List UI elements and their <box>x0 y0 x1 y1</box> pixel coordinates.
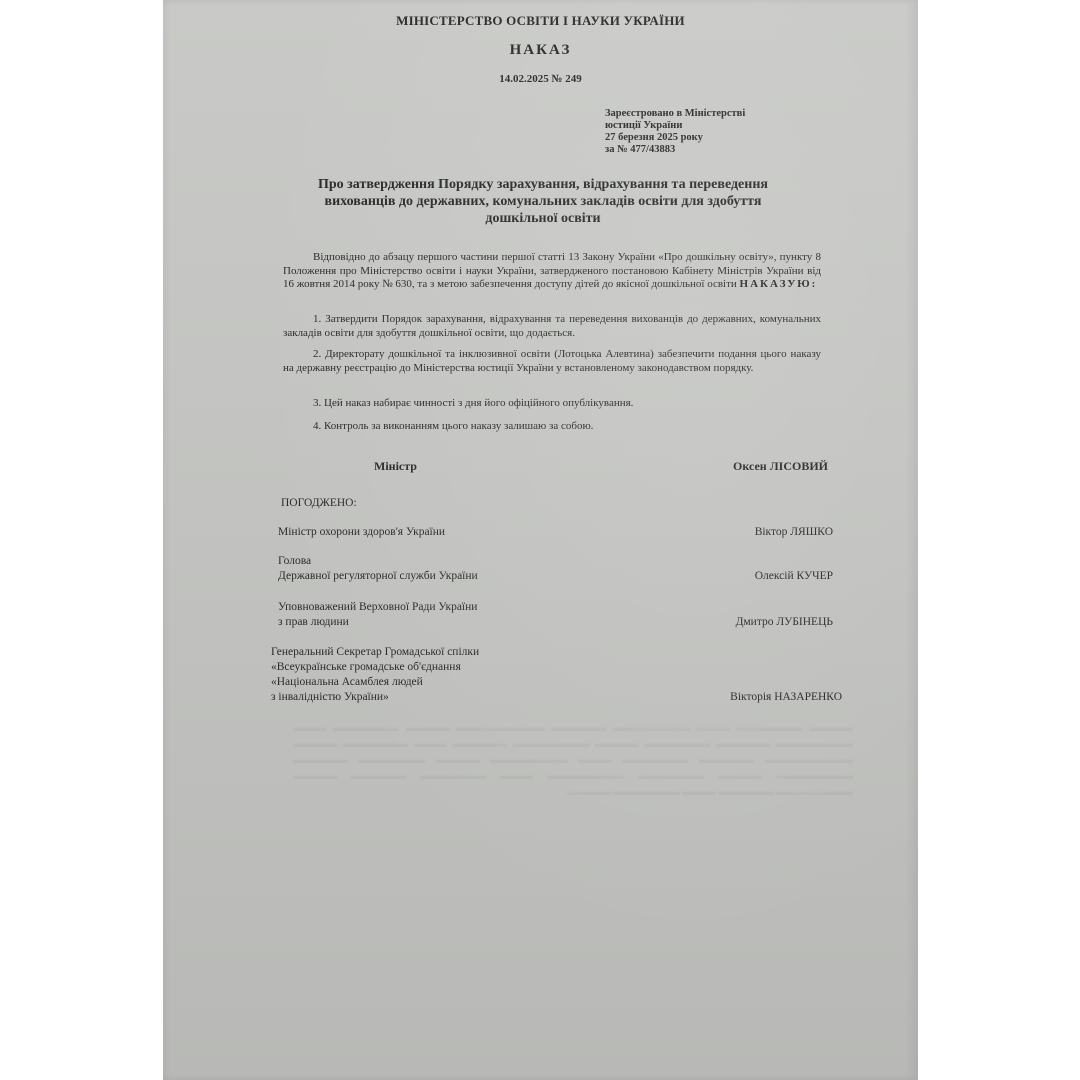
preamble-paragraph: Відповідно до абзацу першого частини пер… <box>283 251 821 292</box>
order-title: НАКАЗ <box>163 42 918 59</box>
agreement-position: Уповноважений Верховної Ради України з п… <box>278 600 477 630</box>
position-line: Генеральний Секретар Громадської спілки <box>271 645 479 660</box>
agreement-position: Голова Державної регуляторної служби Укр… <box>278 554 478 584</box>
agreed-label: ПОГОДЖЕНО: <box>281 497 357 509</box>
order-item: 2. Директорату дошкільної та інклюзивної… <box>283 348 821 375</box>
registration-line: 27 березня 2025 року <box>605 132 745 144</box>
position-line: з інвалідністю України» <box>271 690 479 705</box>
order-item: 3. Цей наказ набирає чинності з дня його… <box>283 397 821 411</box>
order-item: 1. Затвердити Порядок зарахування, відра… <box>283 313 821 340</box>
ministry-header: МІНІСТЕРСТВО ОСВІТИ І НАУКИ УКРАЇНИ <box>163 13 918 29</box>
agreement-name: Віктор ЛЯШКО <box>755 525 833 540</box>
order-directive: НАКАЗУЮ: <box>740 278 818 290</box>
registration-line: Зареєстровано в Міністерстві <box>605 108 745 120</box>
registration-line: юстиції України <box>605 120 745 132</box>
bleed-through-texture: ▬▬▬▬ ▬▬▬▬▬▬ ▬▬▬ ▬▬▬▬▬▬▬ ▬▬▬▬▬ ▬▬▬▬▬▬▬▬ ▬… <box>293 720 853 800</box>
agreement-name: Вікторія НАЗАРЕНКО <box>730 690 842 705</box>
position-line: «Всеукраїнське громадське об'єднання <box>271 660 479 675</box>
position-line: Міністр охорони здоров'я України <box>278 525 445 540</box>
registration-stamp: Зареєстровано в Міністерстві юстиції Укр… <box>605 108 745 156</box>
position-line: з прав людини <box>278 615 477 630</box>
order-subject: Про затвердження Порядку зарахування, ві… <box>293 176 793 227</box>
agreement-name: Дмитро ЛУБІНЕЦЬ <box>736 615 833 630</box>
agreement-position: Міністр охорони здоров'я України <box>278 525 445 540</box>
agreement-position: Генеральний Секретар Громадської спілки … <box>271 645 479 705</box>
position-line: Державної регуляторної служби України <box>278 569 478 584</box>
scanned-document-page: МІНІСТЕРСТВО ОСВІТИ І НАУКИ УКРАЇНИ НАКА… <box>163 0 918 1080</box>
order-item: 4. Контроль за виконанням цього наказу з… <box>283 420 821 434</box>
registration-line: за № 477/43883 <box>605 144 745 156</box>
order-date-number: 14.02.2025 № 249 <box>163 73 918 85</box>
signatory-title: Міністр <box>374 459 417 474</box>
position-line: «Національна Асамблея людей <box>271 675 479 690</box>
position-line: Голова <box>278 554 478 569</box>
position-line: Уповноважений Верховної Ради України <box>278 600 477 615</box>
agreement-name: Олексій КУЧЕР <box>755 569 833 584</box>
signatory-name: Оксен ЛІСОВИЙ <box>733 459 828 474</box>
